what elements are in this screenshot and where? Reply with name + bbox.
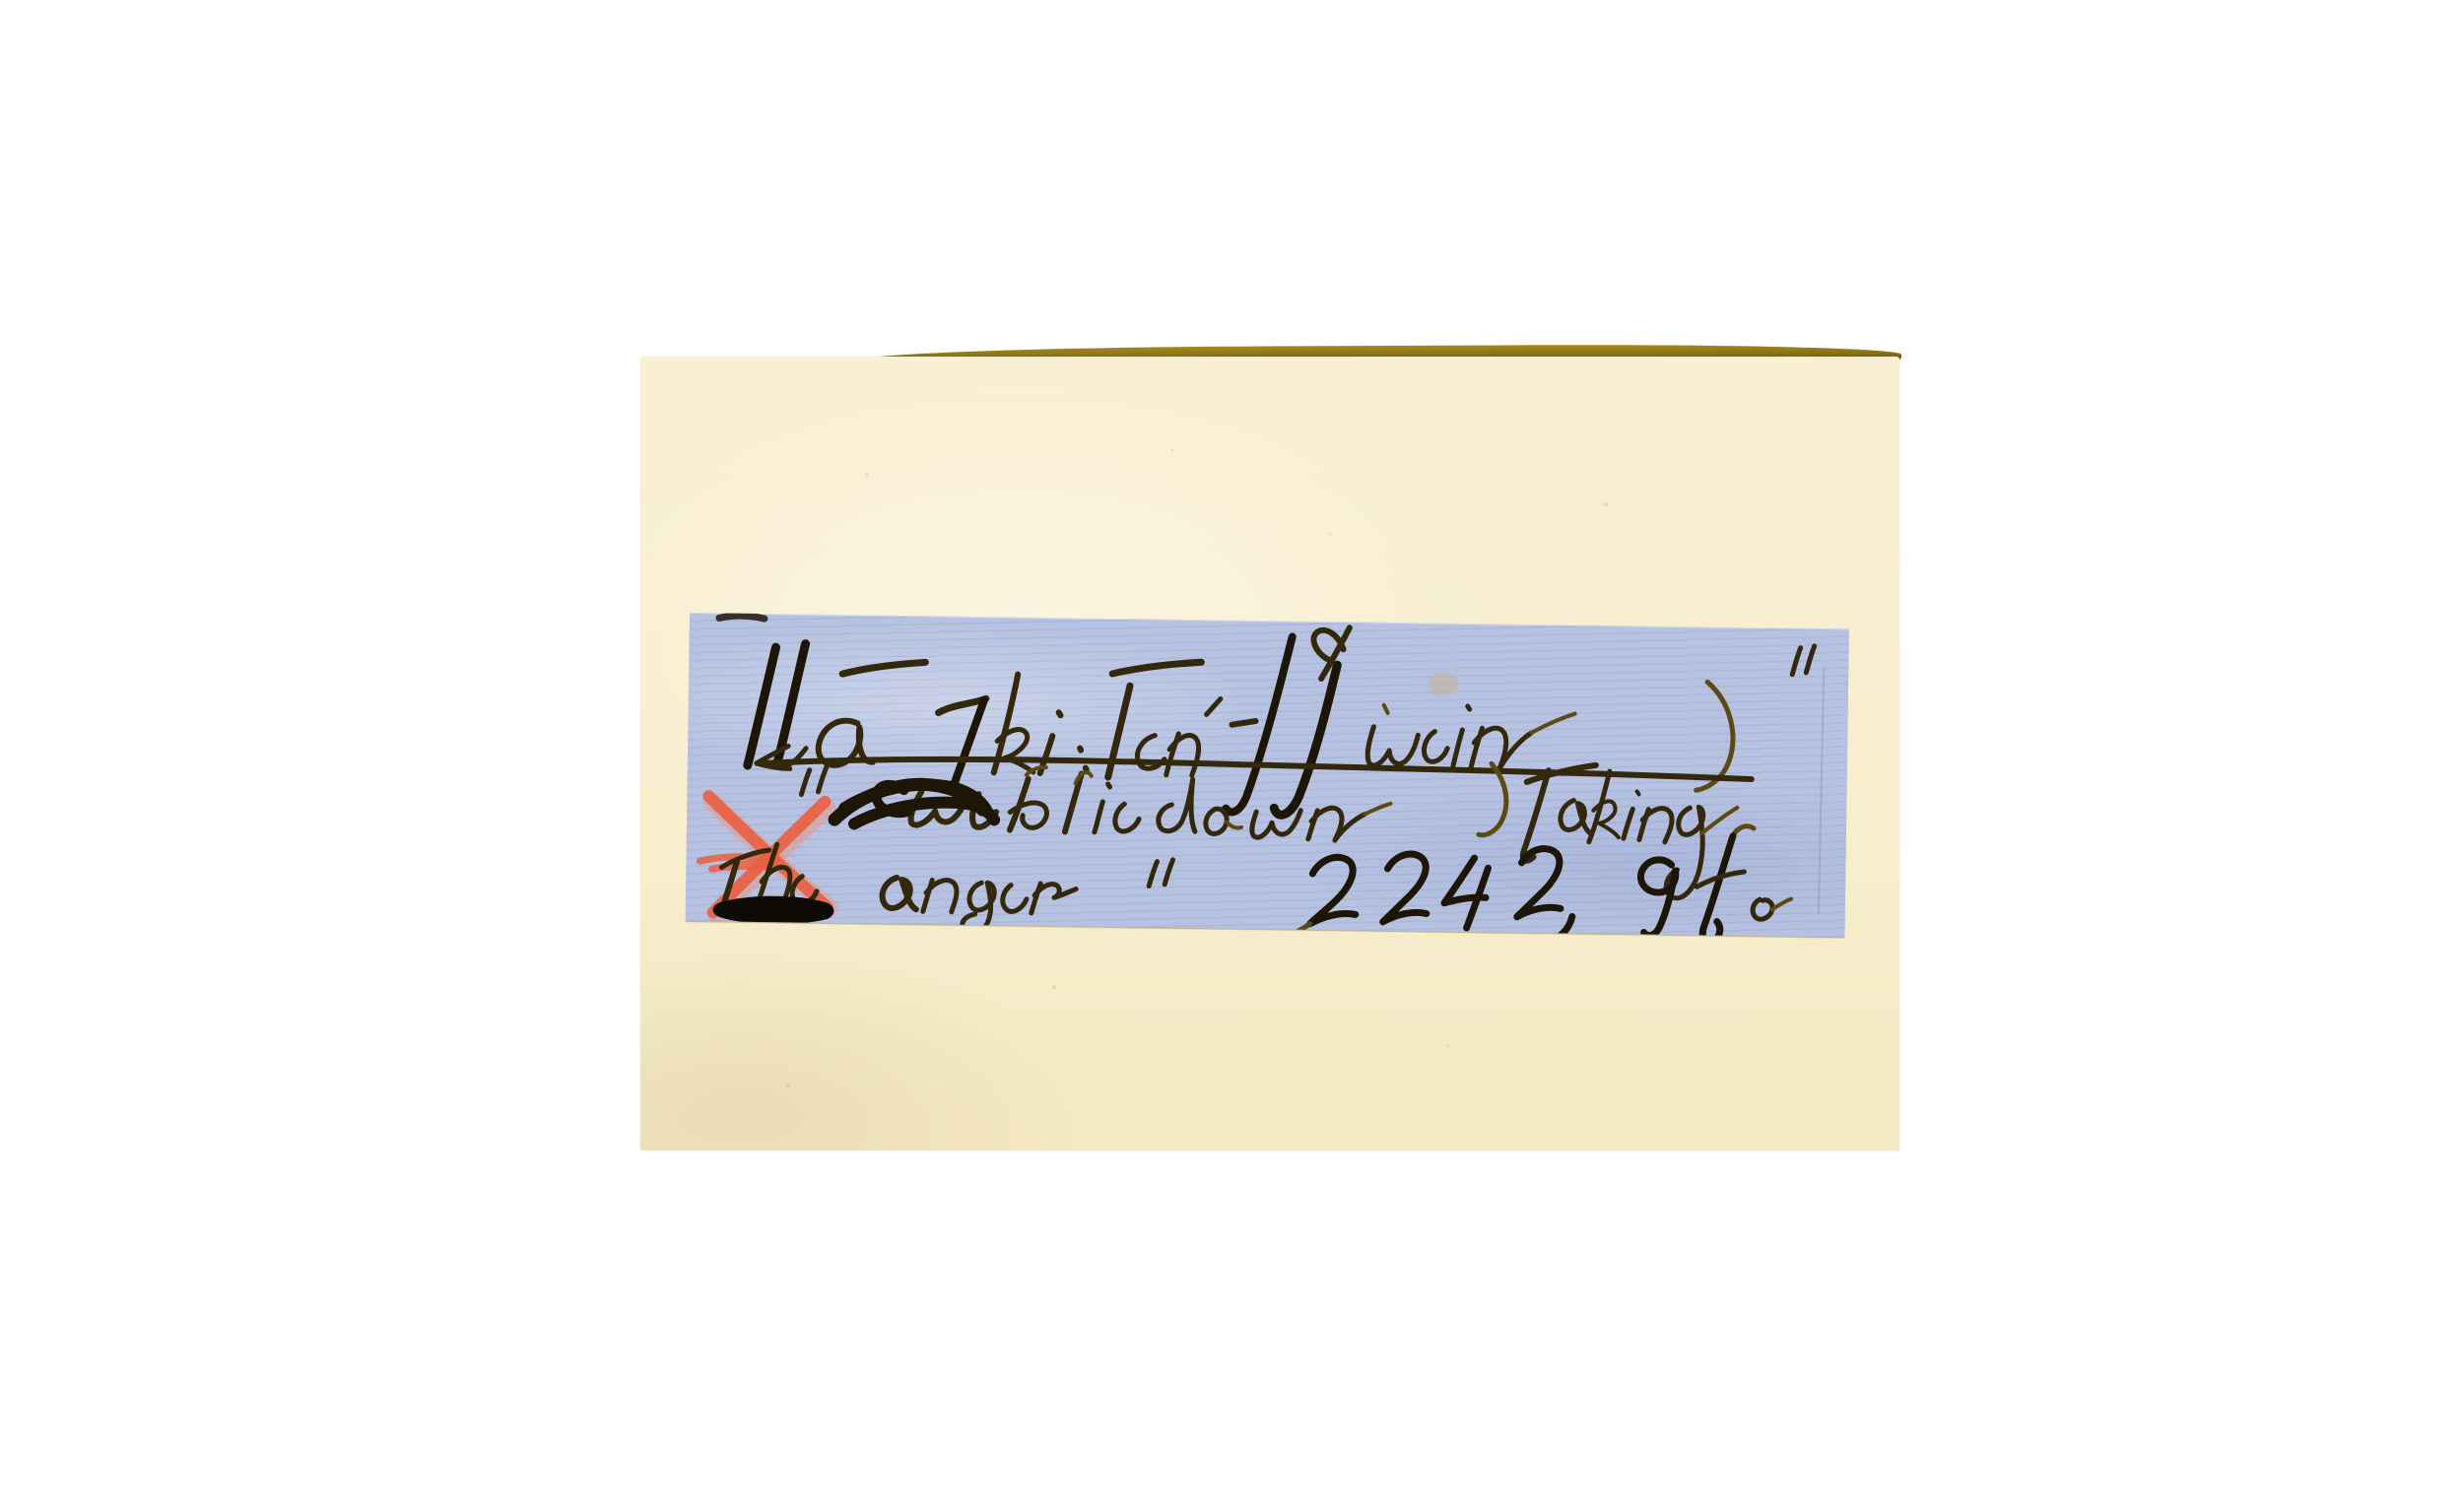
paper-smudge: [1429, 672, 1458, 695]
edge-tick-mark: [719, 616, 765, 619]
catalog-number: [1288, 820, 1792, 937]
pasted-slip: [686, 613, 1849, 937]
handwriting-svg: [686, 613, 1849, 937]
slip-crease: [1819, 668, 1824, 914]
scanned-document: Ua 7ki tēń ! Ywein ” “gone to lie down t…: [0, 0, 2462, 1512]
transcription: Ua 7ki tēń ! Ywein ” “gone to lie down t…: [0, 0, 1, 1]
paper-card: [640, 357, 1899, 1150]
transcription-line-1: Ua 7ki tēń ! Ywein ”: [0, 0, 1, 1]
